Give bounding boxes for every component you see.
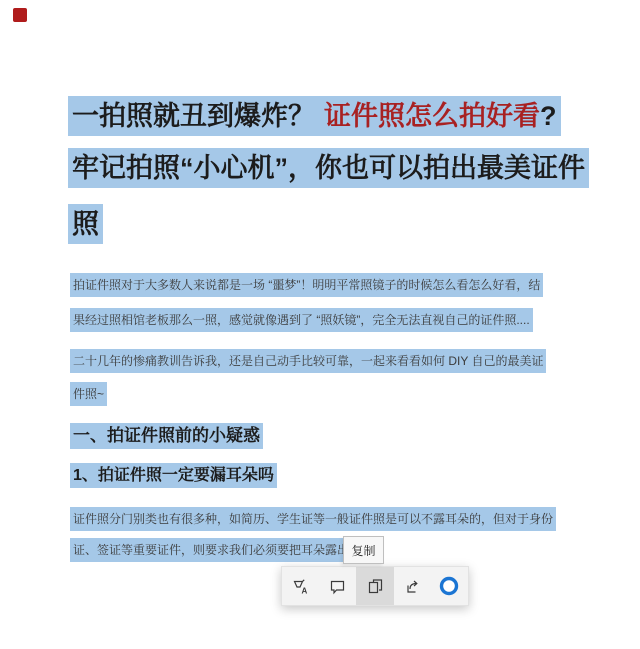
paragraph-3-line-1: 证件照分门别类也有很多种，如简历、学生证等一般证件照是可以不露耳朵的，但对于身份: [70, 507, 556, 531]
paragraph-1-line-1: 拍证件照对于大多数人来说都是一场 “噩梦”！明明平常照镜子的时候怎么看怎么好看，…: [70, 273, 543, 297]
title-part-red: 证件照怎么拍好看: [315, 101, 540, 131]
comment-button[interactable]: [319, 567, 356, 605]
title-part-tail: ?: [540, 101, 557, 131]
copy-tooltip: 复制: [343, 536, 384, 564]
highlighter-icon: A: [291, 577, 310, 596]
copy-tooltip-label: 复制: [351, 542, 375, 559]
article-title-line-2: 牢记拍照“小心机”，你也可以拍出最美证件: [68, 148, 589, 188]
copy-icon: [366, 577, 385, 596]
sub-heading: 1、拍证件照一定要漏耳朵吗: [70, 463, 277, 488]
article-title-line-1: 一拍照就丑到爆炸？证件照怎么拍好看?: [68, 96, 561, 136]
cortana-ring-icon: [438, 575, 460, 597]
highlight-button[interactable]: A: [282, 567, 319, 605]
paragraph-1-line-2: 果经过照相馆老板那么一照，感觉就像遇到了 “照妖镜”，完全无法直视自己的证件照.…: [70, 308, 533, 332]
paragraph-2-line-1: 二十几年的惨痛教训告诉我，还是自己动手比较可靠，一起来看看如何 DIY 自己的最…: [70, 349, 546, 373]
paragraph-2-line-2: 件照~: [70, 382, 107, 406]
title-part-black: 一拍照就丑到爆炸？: [72, 101, 315, 131]
cortana-button[interactable]: [431, 567, 468, 605]
paragraph-3-line-2: 证、签证等重要证件，则要求我们必须要把耳朵露出来....: [70, 538, 377, 562]
selection-toolbar: A: [281, 566, 469, 606]
comment-icon: [328, 577, 347, 596]
copy-button[interactable]: [356, 567, 393, 605]
svg-text:A: A: [302, 586, 308, 595]
red-square-logo: [13, 8, 27, 22]
article-title-line-3: 照: [68, 204, 103, 244]
section-heading: 一、拍证件照前的小疑惑: [70, 423, 263, 449]
share-icon: [403, 577, 422, 596]
article-page: 一拍照就丑到爆炸？证件照怎么拍好看? 牢记拍照“小心机”，你也可以拍出最美证件 …: [0, 0, 640, 649]
share-button[interactable]: [394, 567, 431, 605]
